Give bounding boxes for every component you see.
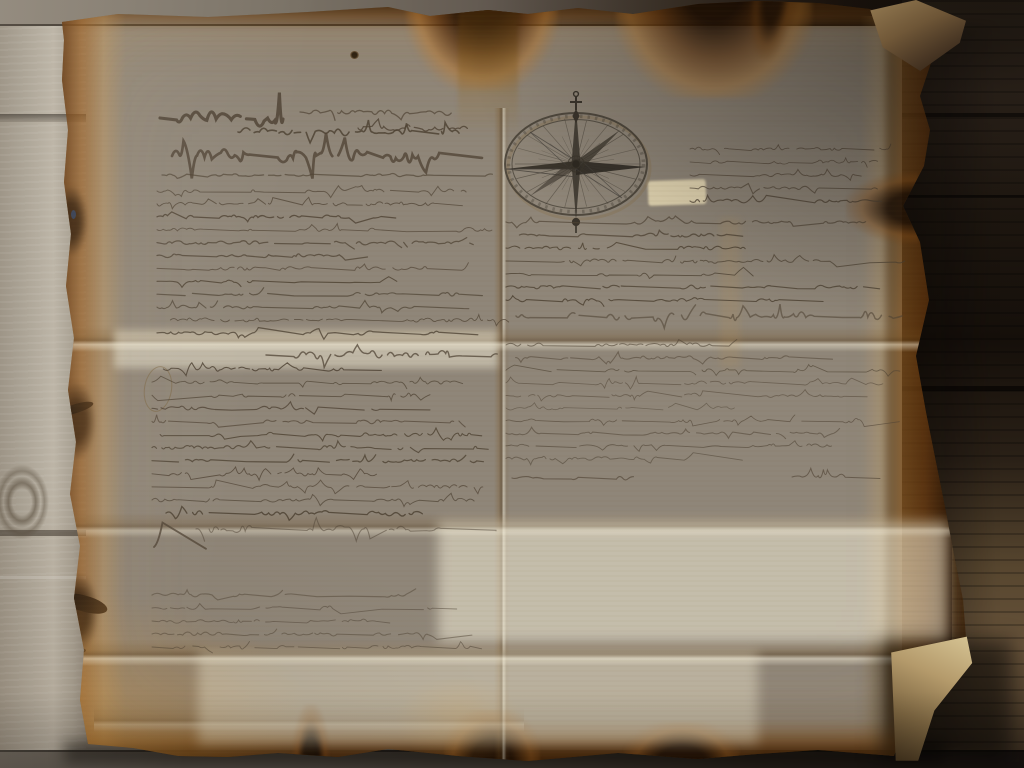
handwriting-layer — [0, 0, 1024, 768]
photo-old-document-on-wood: Photograph of a burnt antique parchment … — [0, 0, 1024, 768]
